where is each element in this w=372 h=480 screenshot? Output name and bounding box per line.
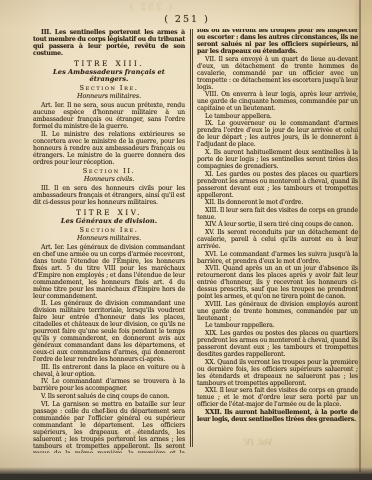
article-paragraph: X. Ils auront habituellement deux sentin… [197, 149, 358, 170]
article-paragraph: Art. Ier. Il ne sera, sous aucun prétext… [33, 102, 185, 130]
ghost-signature-mark: V v v [96, 430, 142, 440]
column-divider-rule [190, 29, 193, 447]
article-paragraph: III. Ils entreront dans la place en voit… [33, 364, 185, 378]
article-paragraph: II. Les généraux de division commandant … [33, 300, 185, 363]
ghost-page-number: ( 252 ) [128, 3, 172, 13]
article-paragraph: V. Ils seront salués de cinq coups de ca… [33, 393, 185, 400]
ghost-volume-mark: Vol. IV. [243, 438, 272, 448]
left-column: III. Les sentinelles porteront les armes… [33, 29, 185, 453]
page-number: ( 251 ) [0, 14, 372, 25]
article-paragraph: XX. Quand ils verront les troupes pour l… [197, 359, 358, 387]
italic-heading: Honneurs militaires. [33, 93, 185, 100]
italic-heading: Honneurs militaires. [33, 235, 185, 242]
article-paragraph: VII. Il sera envoyé à un quart de lieue … [197, 56, 358, 91]
article-paragraph: XVII. Quand après un an et un jour d'abs… [197, 265, 358, 300]
article-paragraph: III. Il en sera des honneurs civils pour… [33, 185, 185, 206]
article-paragraph: XII. Ils donneront le mot d'ordre. [197, 199, 358, 206]
article-paragraph: XIX. Les gardes ou postes des places ou … [197, 330, 358, 358]
section-heading: Section Ire. [33, 85, 185, 92]
article-paragraph: IV. Le commandant d'armes se trouvera à … [33, 378, 185, 392]
right-column: fois où ils verront les troupes pour les… [197, 29, 358, 453]
continuation-paragraph: fois où ils verront les troupes pour les… [197, 29, 358, 55]
section-heading: Section Ire. [33, 227, 185, 234]
article-paragraph: XIV. À leur sortie, il sera tiré cinq co… [197, 221, 358, 228]
article-paragraph: Le tambour rappellera. [197, 322, 358, 329]
scanned-page: ( 252 ) ( 251 ) III. Les sentinelles por… [0, 0, 372, 480]
article-paragraph: VIII. On enverra à leur logis, après leu… [197, 91, 358, 112]
article-paragraph: XI. Les gardes ou postes des places ou q… [197, 171, 358, 199]
article-paragraph: XV. Ils seront reconduits par un détache… [197, 229, 358, 250]
article-paragraph: XVI. Le commandant d'armes les suivra ju… [197, 251, 358, 265]
article-paragraph: XIII. Il leur sera fait des visites de c… [197, 207, 358, 221]
article-paragraph: VI. La garnison se mettra en bataille su… [33, 401, 185, 453]
page-bottom-shadow [0, 467, 372, 480]
article-paragraph: IX. Le gouverneur ou le commandant d'arm… [197, 120, 358, 148]
section-heading: Section II. [33, 168, 185, 175]
article-paragraph: XXI. Il leur sera fait des visites de co… [197, 387, 358, 408]
article-paragraph: XVIII. Les généraux de division employés… [197, 301, 358, 322]
article-paragraph: II. Le ministre des relations extérieure… [33, 131, 185, 166]
paper-surface: ( 252 ) ( 251 ) III. Les sentinelles por… [0, 0, 372, 474]
title-heading: TITRE XIV. [33, 209, 185, 216]
title-heading: TITRE XIII. [33, 60, 185, 67]
article-paragraph: Art. Ier. Les généraux de division comma… [33, 244, 185, 300]
article-paragraph: XXII. Ils auront habituellement, à la po… [197, 409, 358, 423]
binding-edge-shadow [359, 0, 361, 472]
article-paragraph: III. Les sentinelles porteront les armes… [33, 29, 185, 57]
article-paragraph: Le tambour appellera. [197, 113, 358, 120]
chapter-subtitle: Les Ambassadeurs français et étrangers. [33, 69, 185, 83]
text-columns: III. Les sentinelles porteront les armes… [33, 29, 358, 453]
italic-heading: Honneurs civils. [33, 176, 185, 183]
chapter-subtitle: Les Généraux de division. [33, 218, 185, 225]
